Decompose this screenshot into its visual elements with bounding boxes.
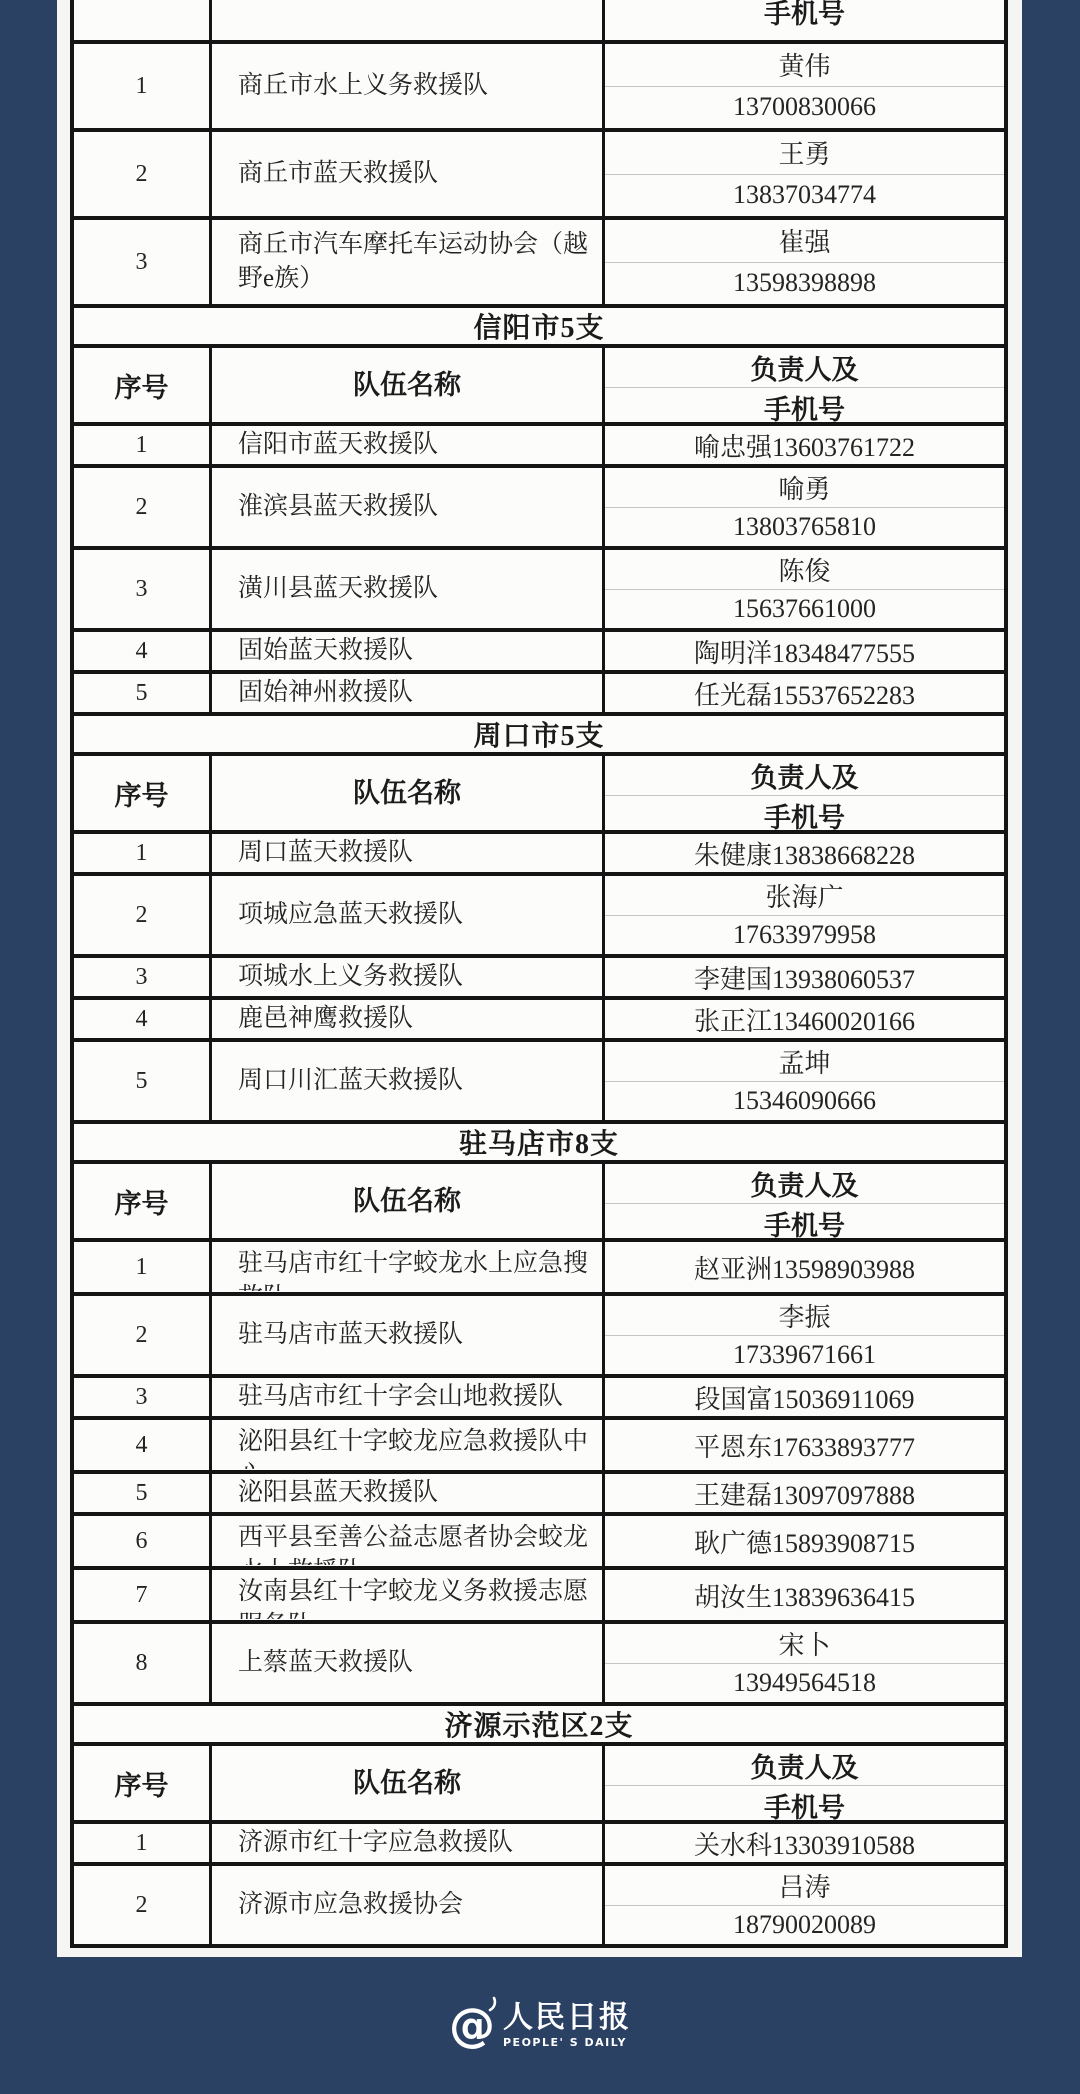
team-name: 淮滨县蓝天救援队: [238, 490, 438, 524]
contact-name: 宋卜: [778, 1625, 830, 1662]
row-number-cell: 2: [74, 468, 212, 546]
contact-name-phone: 胡汝生13839636415: [694, 1577, 915, 1614]
contact-cell: 李振17339671661: [605, 1296, 1004, 1374]
contact-cell: 李建国13938060537: [605, 958, 1004, 996]
contact-cell: 孟坤15346090666: [605, 1042, 1004, 1120]
team-name: 上蔡蓝天救援队: [238, 1646, 413, 1680]
table-row: 1信阳市蓝天救援队喻忠强13603761722: [74, 426, 1004, 468]
contact-name: 张海广: [765, 877, 843, 914]
table-row: 6西平县至善公益志愿者协会蛟龙水上救援队耿广德15893908715: [74, 1516, 1004, 1570]
num-header-cell: 序号: [74, 348, 212, 422]
column-header-row-partial: 手机号: [74, 0, 1004, 44]
peoples-daily-logo: @ 人民日报 PEOPLE' S DAILY: [0, 2002, 1080, 2048]
section-band-label: 驻马店市8支: [459, 1122, 619, 1162]
num-header-label: 序号: [115, 774, 169, 813]
contact-header-line1: 负责人及: [751, 1164, 859, 1203]
row-number: 4: [136, 638, 148, 665]
contact-header-line2: 手机号: [605, 0, 1004, 38]
contact-phone-cell: 13803765810: [605, 508, 1004, 547]
num-header-label: 序号: [115, 1764, 169, 1803]
row-number-cell: 4: [74, 1000, 212, 1038]
row-number: 5: [136, 1068, 148, 1095]
table-row: 1周口蓝天救援队朱健康13838668228: [74, 834, 1004, 876]
team-name-clipped: 驻马店市红十字蛟龙水上应急搜救队: [238, 1247, 588, 1291]
table-row: 1驻马店市红十字蛟龙水上应急搜救队赵亚洲13598903988: [74, 1242, 1004, 1296]
row-number-cell: 1: [74, 426, 212, 464]
contact-cell: 张海广17633979958: [605, 876, 1004, 954]
contact-inline-cell: 王建磊13097097888: [605, 1474, 1004, 1512]
table-row: 2驻马店市蓝天救援队李振17339671661: [74, 1296, 1004, 1378]
at-icon: @: [449, 2002, 495, 2048]
contact-phone-cell: 15346090666: [605, 1082, 1004, 1121]
row-number: 5: [136, 1480, 148, 1507]
contact-inline-cell: 段国富15036911069: [605, 1378, 1004, 1416]
contact-header-line1: 负责人及: [751, 756, 859, 795]
contact-name-cell: 王勇: [605, 132, 1004, 175]
contact-cell: 王建磊13097097888: [605, 1474, 1004, 1512]
team-name: 潢川县蓝天救援队: [238, 572, 438, 606]
row-number: 2: [136, 494, 148, 521]
team-name: 商丘市汽车摩托车运动协会（越野e族）: [238, 228, 590, 296]
column-header-row: 序号队伍名称负责人及手机号: [74, 348, 1004, 426]
contact-cell: 朱健康13838668228: [605, 834, 1004, 872]
contact-inline-cell: 胡汝生13839636415: [605, 1570, 1004, 1620]
contact-phone-cell: 13598398898: [605, 263, 1004, 305]
row-number: 3: [136, 1384, 148, 1411]
row-number-cell: 2: [74, 1866, 212, 1944]
row-number: 3: [136, 249, 148, 276]
team-name: 鹿邑神鹰救援队: [238, 1002, 413, 1036]
row-number: 3: [136, 576, 148, 603]
logo-cn-text: 人民日报: [503, 2003, 631, 2033]
contact-name-phone: 赵亚洲13598903988: [694, 1249, 915, 1286]
row-number: 8: [136, 1650, 148, 1677]
team-name: 济源市红十字应急救援队: [238, 1826, 513, 1860]
team-name-cell: 驻马店市红十字会山地救援队: [212, 1378, 605, 1416]
team-name-cell: 潢川县蓝天救援队: [212, 550, 605, 628]
contact-inline-cell: 陶明洋18348477555: [605, 632, 1004, 670]
row-number-cell: 4: [74, 1420, 212, 1470]
row-number: 2: [136, 902, 148, 929]
team-header-cell: 队伍名称: [212, 1746, 605, 1820]
section-band: 信阳市5支: [74, 308, 1004, 348]
contact-cell: 吕涛18790020089: [605, 1866, 1004, 1944]
team-name-cell: 泌阳县蓝天救援队: [212, 1474, 605, 1512]
num-header-label: 序号: [115, 366, 169, 405]
contact-inline-cell: 李建国13938060537: [605, 958, 1004, 996]
column-header-row: 序号队伍名称负责人及手机号: [74, 1746, 1004, 1824]
contact-phone: 13803765810: [733, 512, 876, 542]
team-name: 信阳市蓝天救援队: [238, 428, 438, 462]
column-header-row: 序号队伍名称负责人及手机号: [74, 756, 1004, 834]
contact-inline-cell: 耿广德15893908715: [605, 1516, 1004, 1566]
contact-name: 王勇: [778, 134, 830, 171]
contact-name: 李振: [778, 1297, 830, 1334]
row-number: 1: [136, 73, 148, 100]
team-name-line2-clipped: 服务队: [238, 1609, 588, 1619]
team-name-clipped: 汝南县红十字蛟龙义务救援志愿服务队: [238, 1575, 588, 1619]
row-number: 3: [136, 964, 148, 991]
contact-phone-cell: 13837034774: [605, 175, 1004, 217]
team-name-cell: 固始神州救援队: [212, 674, 605, 712]
team-name-clipped: 泌阳县红十字蛟龙应急救援队中心: [238, 1425, 588, 1469]
table-row: 2济源市应急救援协会吕涛18790020089: [74, 1866, 1004, 1948]
team-name: 商丘市水上义务救援队: [238, 69, 488, 103]
contact-name: 孟坤: [778, 1043, 830, 1080]
contact-phone-cell: 13700830066: [605, 87, 1004, 129]
team-name: 固始蓝天救援队: [238, 634, 413, 668]
column-header-row: 序号队伍名称负责人及手机号: [74, 1164, 1004, 1242]
contact-cell: 关水科13303910588: [605, 1824, 1004, 1862]
contact-header-line1-cell: 负责人及: [605, 1746, 1004, 1786]
contact-header-line2: 手机号: [764, 1786, 845, 1825]
screenshot-root: { "page": { "background_color": "#2b4164…: [0, 0, 1080, 2094]
contact-inline-cell: 关水科13303910588: [605, 1824, 1004, 1862]
team-name-line1: 泌阳县红十字蛟龙应急救援队中: [238, 1425, 588, 1459]
team-name-cell: 信阳市蓝天救援队: [212, 426, 605, 464]
team-name-cell: 泌阳县红十字蛟龙应急救援队中心: [212, 1420, 605, 1470]
contact-name-phone: 喻忠强13603761722: [694, 427, 915, 464]
team-header-cell: 队伍名称: [212, 348, 605, 422]
contact-name-phone: 平恩东17633893777: [694, 1427, 915, 1464]
row-number-cell: 3: [74, 1378, 212, 1416]
contact-name-cell: 孟坤: [605, 1042, 1004, 1082]
row-number-cell: 4: [74, 632, 212, 670]
contact-header-line2-cell: 手机号: [605, 1786, 1004, 1825]
contact-header-cell: 手机号: [605, 0, 1004, 40]
contact-header-line1-cell: 负责人及: [605, 1164, 1004, 1204]
row-number: 2: [136, 1892, 148, 1919]
team-name-cell: 鹿邑神鹰救援队: [212, 1000, 605, 1038]
contact-cell: 陈俊15637661000: [605, 550, 1004, 628]
contact-name-phone: 耿广德15893908715: [694, 1523, 915, 1560]
contact-name-cell: 吕涛: [605, 1866, 1004, 1906]
contact-inline-cell: 平恩东17633893777: [605, 1420, 1004, 1470]
table-row: 4固始蓝天救援队陶明洋18348477555: [74, 632, 1004, 674]
contact-phone: 17633979958: [733, 920, 876, 950]
team-name-line1: 西平县至善公益志愿者协会蛟龙: [238, 1521, 588, 1555]
contact-phone: 15346090666: [733, 1086, 876, 1116]
contact-name-cell: 宋卜: [605, 1624, 1004, 1664]
table-row: 3驻马店市红十字会山地救援队段国富15036911069: [74, 1378, 1004, 1420]
section-band-label: 信阳市5支: [473, 306, 604, 346]
row-number-cell: 2: [74, 132, 212, 216]
table-row: 4泌阳县红十字蛟龙应急救援队中心平恩东17633893777: [74, 1420, 1004, 1474]
team-header-label: 队伍名称: [353, 776, 461, 810]
contact-header-cell: 负责人及手机号: [605, 348, 1004, 422]
table-row: 2项城应急蓝天救援队张海广17633979958: [74, 876, 1004, 958]
contact-phone-cell: 13949564518: [605, 1664, 1004, 1703]
contact-header-line1: 负责人及: [751, 1746, 859, 1785]
row-number: 1: [136, 840, 148, 867]
document-page: 手机号1商丘市水上义务救援队黄伟137008300662商丘市蓝天救援队王勇13…: [57, 0, 1022, 1957]
row-number-cell: 5: [74, 674, 212, 712]
table-row: 3商丘市汽车摩托车运动协会（越野e族）崔强13598398898: [74, 220, 1004, 308]
contact-inline-cell: 喻忠强13603761722: [605, 426, 1004, 464]
row-number: 1: [136, 432, 148, 459]
team-name: 驻马店市红十字会山地救援队: [238, 1380, 563, 1414]
section-band-label: 周口市5支: [473, 714, 604, 754]
contact-cell: 宋卜13949564518: [605, 1624, 1004, 1702]
row-number: 5: [136, 680, 148, 707]
contact-name: 陈俊: [778, 551, 830, 588]
team-name-cell: 上蔡蓝天救援队: [212, 1624, 605, 1702]
row-number-cell: 1: [74, 1242, 212, 1292]
contact-name-cell: 喻勇: [605, 468, 1004, 508]
table-row: 3项城水上义务救援队李建国13938060537: [74, 958, 1004, 1000]
team-name: 周口蓝天救援队: [238, 836, 413, 870]
row-number-cell: 5: [74, 1042, 212, 1120]
row-number: 4: [136, 1432, 148, 1459]
contact-name-cell: 李振: [605, 1296, 1004, 1336]
team-name: 驻马店市蓝天救援队: [238, 1318, 463, 1352]
team-name-line2-clipped: 救队: [238, 1281, 588, 1291]
contact-header-cell: 负责人及手机号: [605, 1164, 1004, 1238]
contact-header-line1-cell: 负责人及: [605, 348, 1004, 388]
contact-cell: 任光磊15537652283: [605, 674, 1004, 712]
team-name-cell: 项城水上义务救援队: [212, 958, 605, 996]
contact-cell: 崔强13598398898: [605, 220, 1004, 304]
contact-phone: 17339671661: [733, 1340, 876, 1370]
logo-en-text: PEOPLE' S DAILY: [503, 2037, 631, 2048]
contact-cell: 王勇13837034774: [605, 132, 1004, 216]
num-header-cell: [74, 0, 212, 40]
contact-phone: 13949564518: [733, 1668, 876, 1698]
team-header-label: 队伍名称: [353, 1184, 461, 1218]
contact-phone-cell: 15637661000: [605, 590, 1004, 629]
team-name-cell: 周口蓝天救援队: [212, 834, 605, 872]
section-band-label: 济源示范区2支: [444, 1704, 633, 1744]
contact-header-cell: 负责人及手机号: [605, 1746, 1004, 1820]
sound-wave-icon: [487, 1994, 505, 2016]
team-name-cell: 商丘市水上义务救援队: [212, 44, 605, 128]
num-header-cell: 序号: [74, 1746, 212, 1820]
table-row: 3潢川县蓝天救援队陈俊15637661000: [74, 550, 1004, 632]
contact-name-cell: 陈俊: [605, 550, 1004, 590]
row-number: 1: [136, 1830, 148, 1857]
contact-header-line2: 手机号: [764, 388, 845, 427]
contact-phone: 13598398898: [733, 268, 876, 298]
contact-phone: 13837034774: [733, 180, 876, 210]
team-name-cell: 周口川汇蓝天救援队: [212, 1042, 605, 1120]
num-header-cell: 序号: [74, 1164, 212, 1238]
contact-cell: 陶明洋18348477555: [605, 632, 1004, 670]
row-number-cell: 1: [74, 44, 212, 128]
contact-inline-cell: 任光磊15537652283: [605, 674, 1004, 712]
table-row: 1商丘市水上义务救援队黄伟13700830066: [74, 44, 1004, 132]
contact-cell: 平恩东17633893777: [605, 1420, 1004, 1470]
team-name: 项城应急蓝天救援队: [238, 898, 463, 932]
contact-cell: 胡汝生13839636415: [605, 1570, 1004, 1620]
contact-header-line2: 手机号: [764, 796, 845, 835]
num-header-cell: 序号: [74, 756, 212, 830]
contact-inline-cell: 朱健康13838668228: [605, 834, 1004, 872]
contact-phone: 15637661000: [733, 594, 876, 624]
contact-phone-cell: 18790020089: [605, 1906, 1004, 1945]
row-number: 1: [136, 1254, 148, 1281]
row-number: 2: [136, 161, 148, 188]
contact-cell: 张正江13460020166: [605, 1000, 1004, 1038]
team-name-cell: 固始蓝天救援队: [212, 632, 605, 670]
team-name: 项城水上义务救援队: [238, 960, 463, 994]
row-number-cell: 1: [74, 834, 212, 872]
row-number-cell: 7: [74, 1570, 212, 1620]
team-header-label: 队伍名称: [353, 368, 461, 402]
team-name-cell: 驻马店市蓝天救援队: [212, 1296, 605, 1374]
contact-inline-cell: 赵亚洲13598903988: [605, 1242, 1004, 1292]
contact-name-phone: 朱健康13838668228: [694, 835, 915, 872]
table-row: 7汝南县红十字蛟龙义务救援志愿服务队胡汝生13839636415: [74, 1570, 1004, 1624]
team-name-cell: 济源市红十字应急救援队: [212, 1824, 605, 1862]
contact-name: 吕涛: [778, 1867, 830, 1904]
table-row: 1济源市红十字应急救援队关水科13303910588: [74, 1824, 1004, 1866]
row-number-cell: 2: [74, 1296, 212, 1374]
table-row: 5周口川汇蓝天救援队孟坤15346090666: [74, 1042, 1004, 1124]
row-number-cell: 6: [74, 1516, 212, 1566]
contact-name-phone: 陶明洋18348477555: [694, 633, 915, 670]
contact-name-phone: 王建磊13097097888: [694, 1475, 915, 1512]
table-row: 5固始神州救援队任光磊15537652283: [74, 674, 1004, 716]
team-name-line2-clipped: 水上救援队: [238, 1555, 588, 1565]
contact-name-cell: 崔强: [605, 220, 1004, 263]
row-number-cell: 3: [74, 220, 212, 304]
row-number-cell: 1: [74, 1824, 212, 1862]
contact-cell: 段国富15036911069: [605, 1378, 1004, 1416]
team-name: 商丘市蓝天救援队: [238, 157, 438, 191]
row-number-cell: 3: [74, 550, 212, 628]
contact-header-cell: 负责人及手机号: [605, 756, 1004, 830]
team-name-line1: 汝南县红十字蛟龙义务救援志愿: [238, 1575, 588, 1609]
contact-header-line1: 负责人及: [751, 348, 859, 387]
contact-name-cell: 张海广: [605, 876, 1004, 916]
num-header-label: 序号: [115, 1182, 169, 1221]
contact-header-line2-cell: 手机号: [605, 1204, 1004, 1243]
row-number: 2: [136, 1322, 148, 1349]
section-band: 周口市5支: [74, 716, 1004, 756]
section-band: 济源示范区2支: [74, 1706, 1004, 1746]
rescue-teams-table: 手机号1商丘市水上义务救援队黄伟137008300662商丘市蓝天救援队王勇13…: [70, 0, 1008, 1948]
contact-cell: 赵亚洲13598903988: [605, 1242, 1004, 1292]
contact-name-phone: 李建国13938060537: [694, 959, 915, 996]
contact-name-phone: 关水科13303910588: [694, 1825, 915, 1862]
team-name-cell: 汝南县红十字蛟龙义务救援志愿服务队: [212, 1570, 605, 1620]
table-row: 5泌阳县蓝天救援队王建磊13097097888: [74, 1474, 1004, 1516]
row-number: 6: [136, 1528, 148, 1555]
team-header-cell: 队伍名称: [212, 756, 605, 830]
contact-inline-cell: 张正江13460020166: [605, 1000, 1004, 1038]
team-name-line1: 驻马店市红十字蛟龙水上应急搜: [238, 1247, 588, 1281]
team-header-cell: [212, 0, 605, 40]
contact-header-line2-cell: 手机号: [605, 796, 1004, 835]
row-number: 4: [136, 1006, 148, 1033]
contact-header-line1-cell: 负责人及: [605, 756, 1004, 796]
row-number-cell: 8: [74, 1624, 212, 1702]
team-name-cell: 淮滨县蓝天救援队: [212, 468, 605, 546]
contact-phone-cell: 17339671661: [605, 1336, 1004, 1375]
table-row: 2商丘市蓝天救援队王勇13837034774: [74, 132, 1004, 220]
contact-cell: 喻忠强13603761722: [605, 426, 1004, 464]
section-band: 驻马店市8支: [74, 1124, 1004, 1164]
team-name-cell: 驻马店市红十字蛟龙水上应急搜救队: [212, 1242, 605, 1292]
team-name-cell: 商丘市汽车摩托车运动协会（越野e族）: [212, 220, 605, 304]
table-row: 4鹿邑神鹰救援队张正江13460020166: [74, 1000, 1004, 1042]
contact-name: 黄伟: [778, 46, 830, 83]
team-name-cell: 项城应急蓝天救援队: [212, 876, 605, 954]
contact-name: 喻勇: [778, 469, 830, 506]
contact-name-cell: 黄伟: [605, 44, 1004, 87]
contact-name-phone: 任光磊15537652283: [694, 675, 915, 712]
team-name-cell: 济源市应急救援协会: [212, 1866, 605, 1944]
contact-name-phone: 段国富15036911069: [694, 1379, 914, 1416]
contact-header-line2: 手机号: [764, 1204, 845, 1243]
contact-header-line2-cell: 手机号: [605, 388, 1004, 427]
team-name: 泌阳县蓝天救援队: [238, 1476, 438, 1510]
team-header-cell: 队伍名称: [212, 1164, 605, 1238]
contact-name: 崔强: [778, 222, 830, 259]
logo-text-block: 人民日报 PEOPLE' S DAILY: [503, 2003, 631, 2048]
contact-phone: 18790020089: [733, 1910, 876, 1940]
row-number: 7: [136, 1582, 148, 1609]
team-name: 固始神州救援队: [238, 676, 413, 710]
team-name-cell: 商丘市蓝天救援队: [212, 132, 605, 216]
contact-phone: 13700830066: [733, 92, 876, 122]
team-header-label: 队伍名称: [353, 1766, 461, 1800]
contact-cell: 耿广德15893908715: [605, 1516, 1004, 1566]
contact-cell: 黄伟13700830066: [605, 44, 1004, 128]
contact-name-phone: 张正江13460020166: [694, 1001, 915, 1038]
contact-cell: 喻勇13803765810: [605, 468, 1004, 546]
row-number-cell: 2: [74, 876, 212, 954]
team-name: 济源市应急救援协会: [238, 1888, 463, 1922]
row-number-cell: 5: [74, 1474, 212, 1512]
row-number-cell: 3: [74, 958, 212, 996]
contact-phone-cell: 17633979958: [605, 916, 1004, 955]
team-name-clipped: 西平县至善公益志愿者协会蛟龙水上救援队: [238, 1521, 588, 1565]
team-name-line2-clipped: 心: [238, 1459, 588, 1469]
table-row: 2淮滨县蓝天救援队喻勇13803765810: [74, 468, 1004, 550]
table-row: 8上蔡蓝天救援队宋卜13949564518: [74, 1624, 1004, 1706]
team-name: 周口川汇蓝天救援队: [238, 1064, 463, 1098]
team-name-cell: 西平县至善公益志愿者协会蛟龙水上救援队: [212, 1516, 605, 1566]
